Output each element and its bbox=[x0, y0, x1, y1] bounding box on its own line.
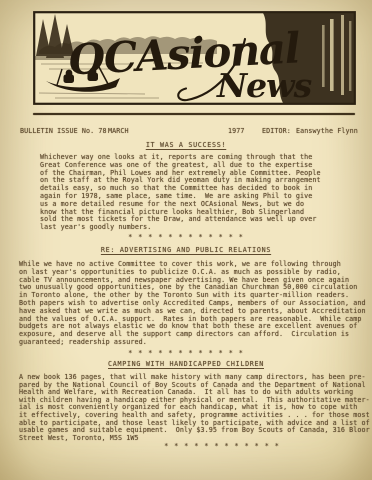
newsletter-page: OCAsional News BULLETIN ISSUE No. 78 MAR… bbox=[0, 0, 372, 480]
issue-year: 1977 bbox=[228, 128, 245, 136]
birch-trunk bbox=[341, 15, 344, 95]
section-body-advertising: While we have no active Committee to cov… bbox=[19, 261, 366, 347]
section-body-success: Whichever way one looks at it, reports a… bbox=[40, 154, 321, 232]
asterisk-separator: * * * * * * * * * * * * bbox=[72, 443, 372, 451]
birch-trunk bbox=[330, 19, 334, 91]
birch-trunk bbox=[349, 21, 351, 91]
editor-name: Eanswythe Flynn bbox=[296, 128, 358, 136]
section-heading-success: IT WAS A SUCCESS! bbox=[0, 142, 372, 150]
issue-line: BULLETIN ISSUE No. 78 MARCH 1977 EDITOR:… bbox=[0, 128, 372, 137]
bulletin-issue-number: BULLETIN ISSUE No. 78 bbox=[20, 128, 107, 136]
issue-month: MARCH bbox=[108, 128, 129, 136]
asterisk-separator: * * * * * * * * * * * * bbox=[0, 350, 372, 358]
masthead-illustration: OCAsional News bbox=[33, 11, 356, 105]
editor-label: EDITOR: bbox=[262, 128, 291, 136]
section-body-handicapped: A new book 136 pages, that will make his… bbox=[19, 374, 370, 442]
section-heading-advertising: RE: ADVERTISING AND PUBLIC RELATIONS bbox=[0, 247, 372, 255]
section-heading-handicapped: CAMPING WITH HANDICAPPED CHILDREN bbox=[0, 361, 372, 369]
masthead-rule bbox=[33, 113, 355, 115]
asterisk-separator: * * * * * * * * * * * * bbox=[0, 234, 372, 242]
birch-trunk bbox=[322, 25, 325, 87]
